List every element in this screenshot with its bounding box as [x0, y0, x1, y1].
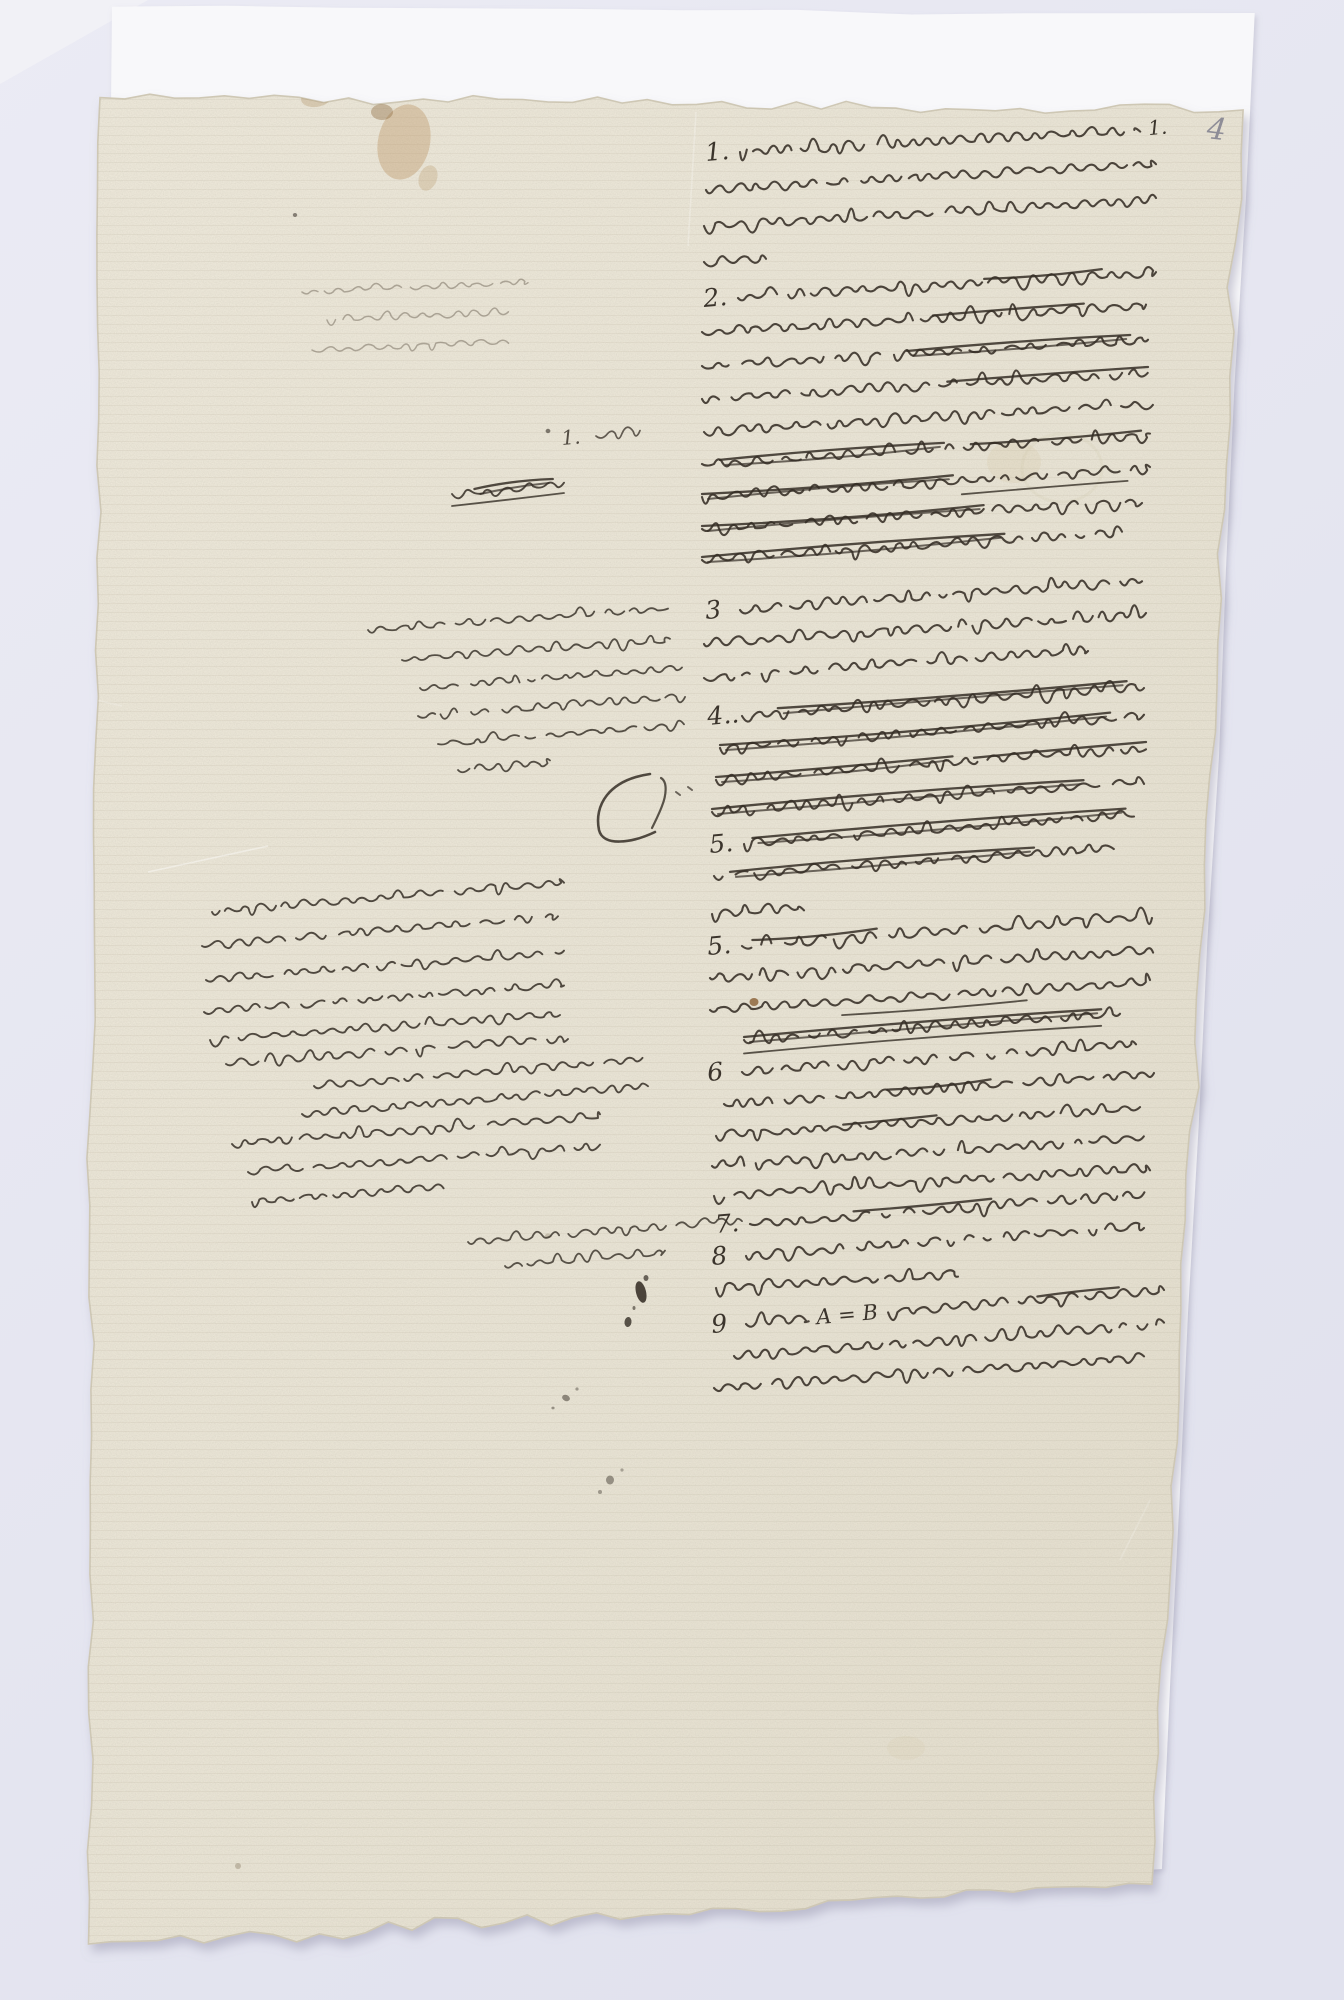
ink-blot	[546, 429, 551, 433]
list-number: 5.	[706, 930, 732, 961]
list-number: 5.	[708, 828, 734, 859]
ink-blot	[598, 1490, 602, 1494]
list-number: 1.	[560, 424, 581, 450]
paper-stain	[235, 1863, 241, 1869]
legible-text-fragment: 1.	[1147, 114, 1168, 140]
paper-texture-layer	[60, 70, 1280, 1980]
paper-stain	[371, 104, 393, 120]
list-number: 8	[710, 1241, 728, 1271]
ink-blot	[633, 1306, 636, 1310]
ink-blot	[644, 1275, 649, 1281]
list-number: 6	[706, 1057, 724, 1087]
ink-blot	[293, 213, 297, 217]
page-number-pencil: 4	[1204, 111, 1228, 148]
ink-blot	[551, 1407, 554, 1410]
paper-grain	[60, 70, 1280, 1980]
list-number: 3	[704, 595, 722, 625]
paper-stain	[750, 998, 759, 1006]
manuscript-scan: 1.1.2.34..5.5.67.89A = B1. 4	[0, 0, 1344, 2000]
list-number: 2.	[701, 282, 728, 313]
scanned-document-view: 1.1.2.34..5.5.67.89A = B1. 4	[0, 0, 1344, 2000]
paper-stain	[887, 1736, 925, 1760]
list-number: 1.	[704, 136, 730, 167]
ink-blot	[606, 1476, 614, 1485]
ink-blot	[575, 1387, 578, 1390]
list-number: 9	[710, 1309, 728, 1339]
list-number: 4..	[705, 699, 740, 731]
ink-blot	[620, 1468, 623, 1471]
